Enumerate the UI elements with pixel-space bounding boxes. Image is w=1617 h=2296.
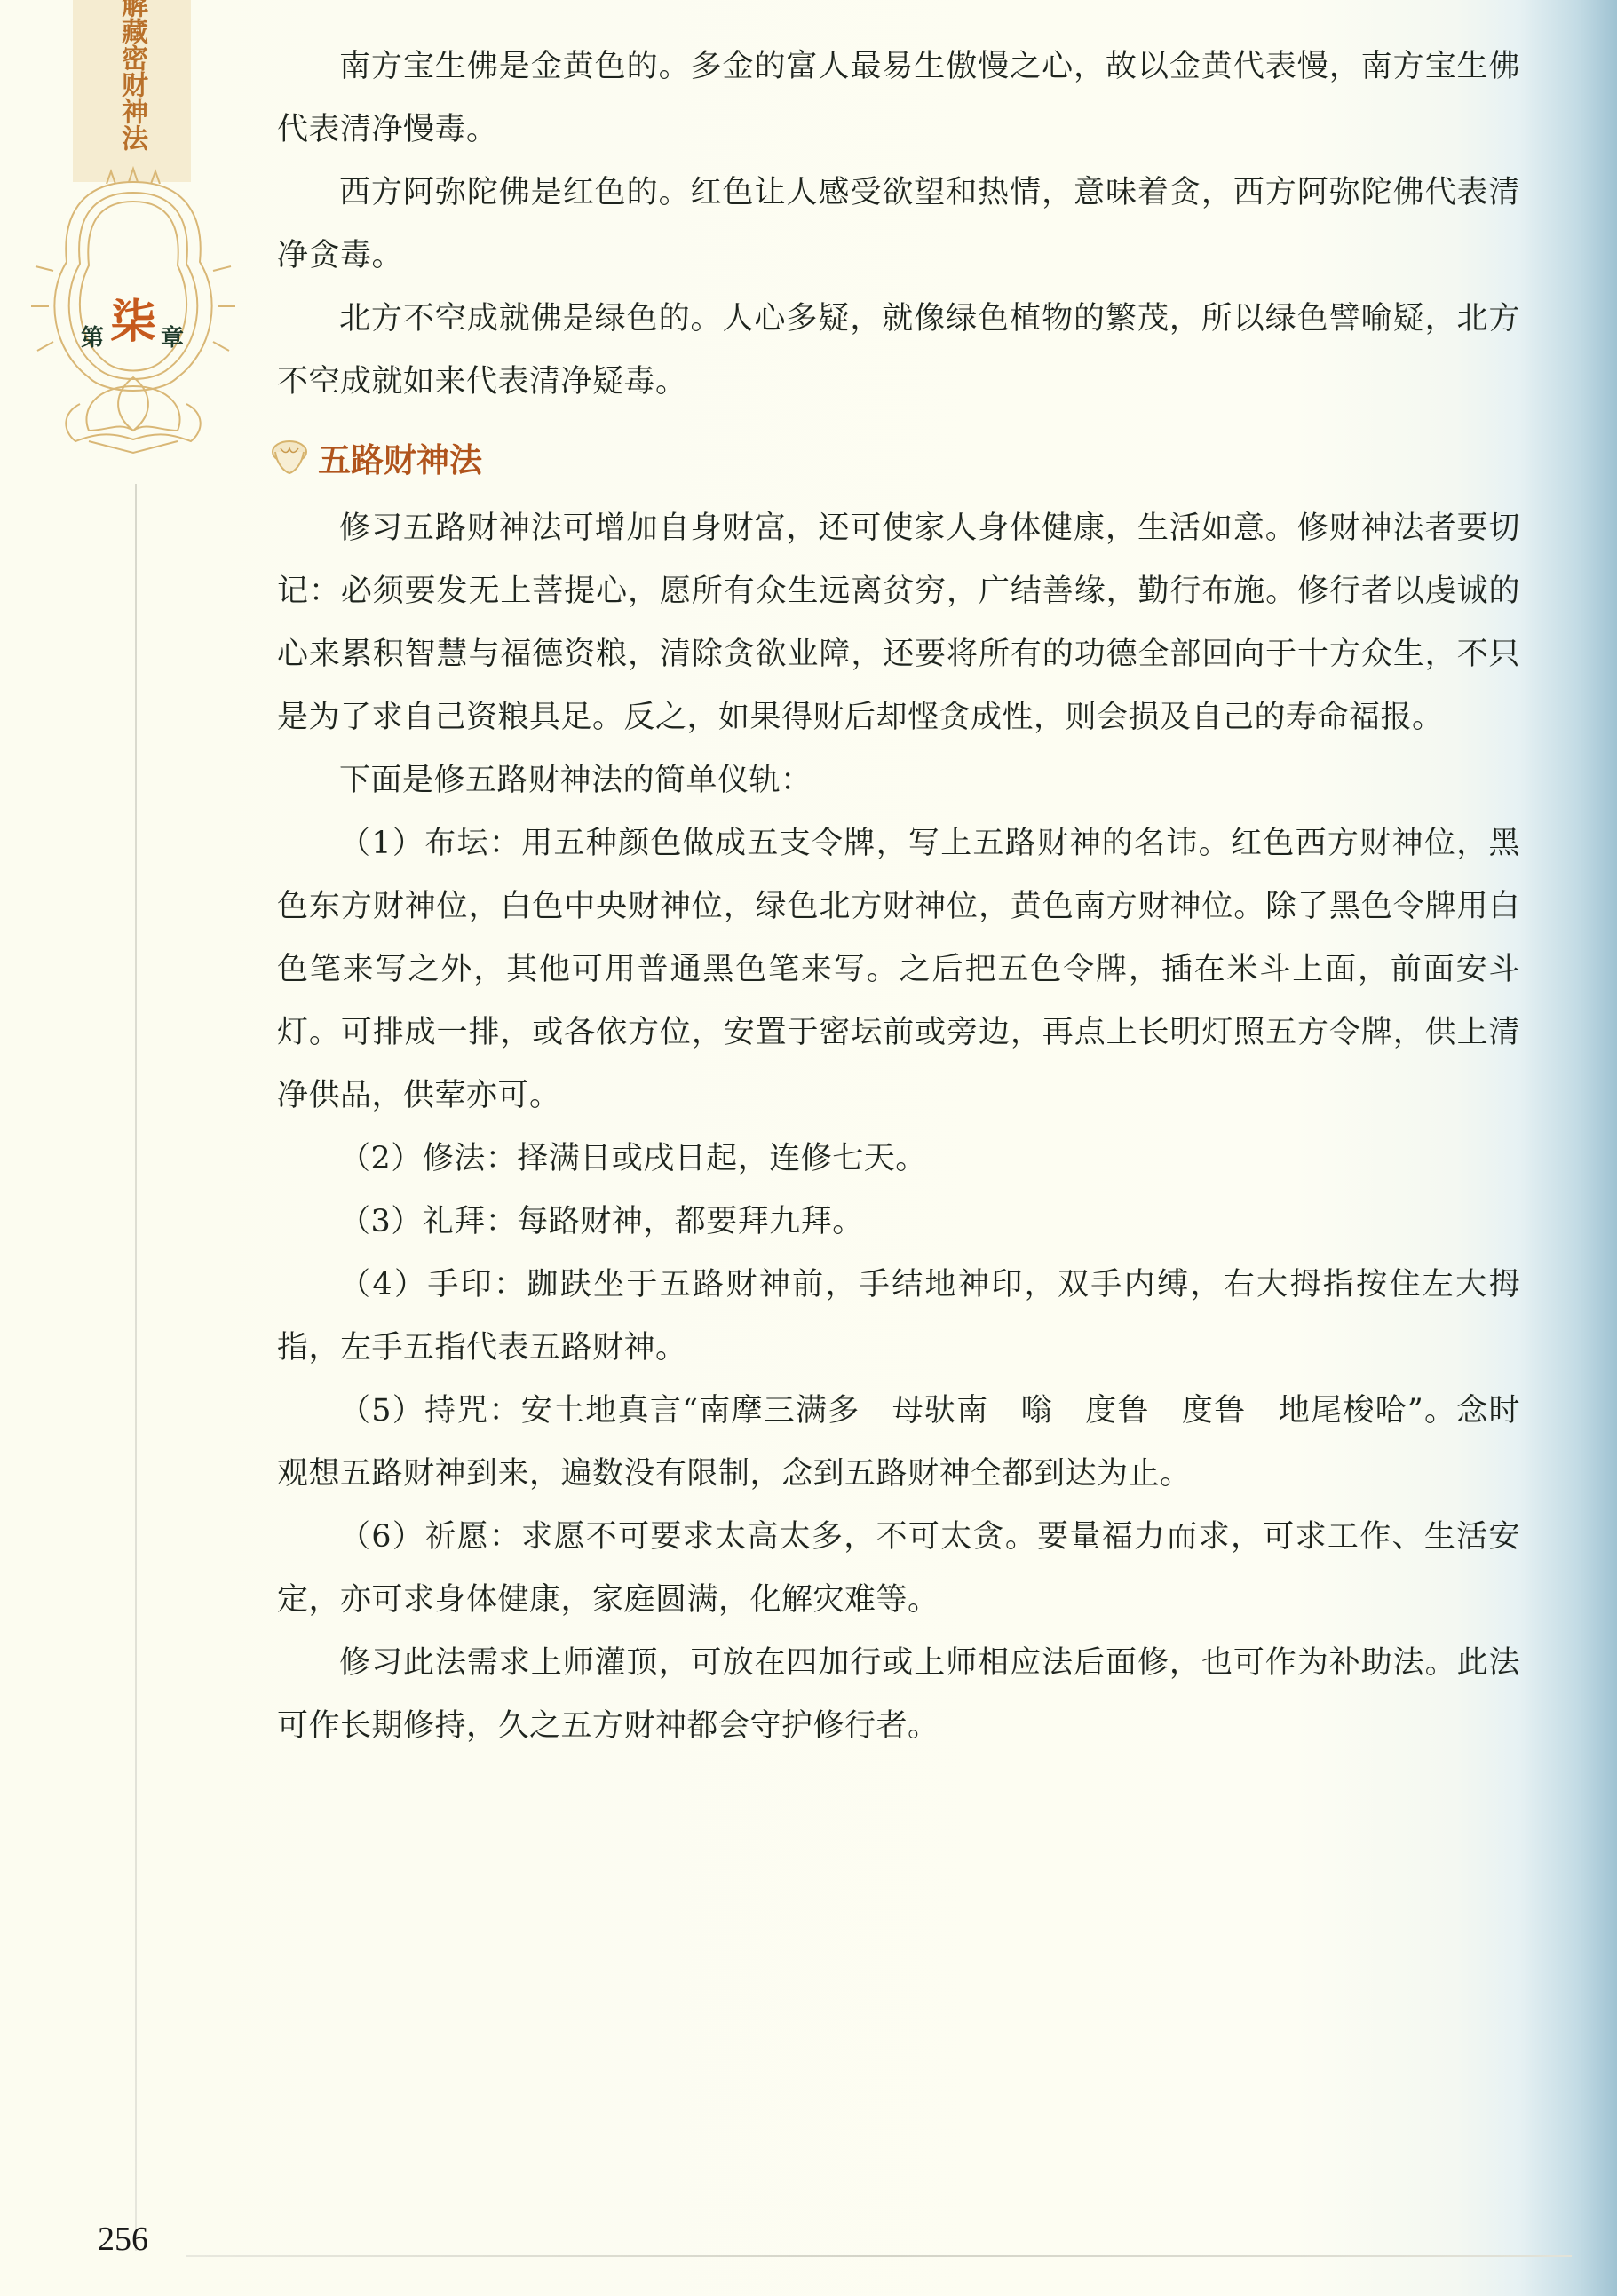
- paragraph: 修习此法需求上师灌顶，可放在四加行或上师相应法后面修，也可作为补助法。此法可作长…: [277, 1632, 1520, 1758]
- paragraph: 北方不空成就佛是绿色的。人心多疑，就像绿色植物的繁茂，所以绿色譬喻疑，北方不空成…: [277, 288, 1520, 414]
- section-title: 五路财神法: [318, 433, 482, 481]
- book-title-vertical: 解藏密财神法: [115, 0, 151, 151]
- main-content: 南方宝生佛是金黄色的。多金的富人最易生傲慢之心，故以金黄代表慢，南方宝生佛代表清…: [277, 36, 1520, 1758]
- chapter-number: 柒: [110, 284, 156, 351]
- margin-rule: [135, 484, 137, 2251]
- ritual-step: （2）修法：择满日或戌日起，连修七天。: [277, 1128, 1520, 1191]
- ritual-step: （5）持咒：安土地真言“南摩三满多 母驮南 嗡 度鲁 度鲁 地尾梭哈”。念时观想…: [277, 1380, 1520, 1506]
- footer-rule: [186, 2255, 1572, 2257]
- paragraph: 下面是修五路财神法的简单仪轨：: [277, 749, 1520, 812]
- page-number: 256: [98, 2220, 148, 2259]
- ritual-step: （6）祈愿：求愿不可要求太高太多，不可太贪。要量福力而求，可求工作、生活安定，亦…: [277, 1506, 1520, 1632]
- lotus-bowl-icon: [268, 436, 311, 479]
- ritual-step: （1）布坛：用五种颜色做成五支令牌，写上五路财神的名讳。红色西方财神位，黑色东方…: [277, 812, 1520, 1128]
- ritual-step: （4）手印：跏趺坐于五路财神前，手结地神印，双手内缚，右大拇指按住左大拇指，左手…: [277, 1254, 1520, 1380]
- chapter-suffix: 章: [161, 320, 184, 352]
- ritual-step: （3）礼拜：每路财神，都要拜九拜。: [277, 1191, 1520, 1254]
- paragraph: 南方宝生佛是金黄色的。多金的富人最易生傲慢之心，故以金黄代表慢，南方宝生佛代表清…: [277, 36, 1520, 162]
- paragraph: 西方阿弥陀佛是红色的。红色让人感受欲望和热情，意味着贪，西方阿弥陀佛代表清净贪毒…: [277, 162, 1520, 288]
- section-heading: 五路财神法: [268, 431, 1520, 483]
- chapter-prefix: 第: [81, 320, 104, 352]
- paragraph: 修习五路财神法可增加自身财富，还可使家人身体健康，生活如意。修财神法者要切记：必…: [277, 497, 1520, 749]
